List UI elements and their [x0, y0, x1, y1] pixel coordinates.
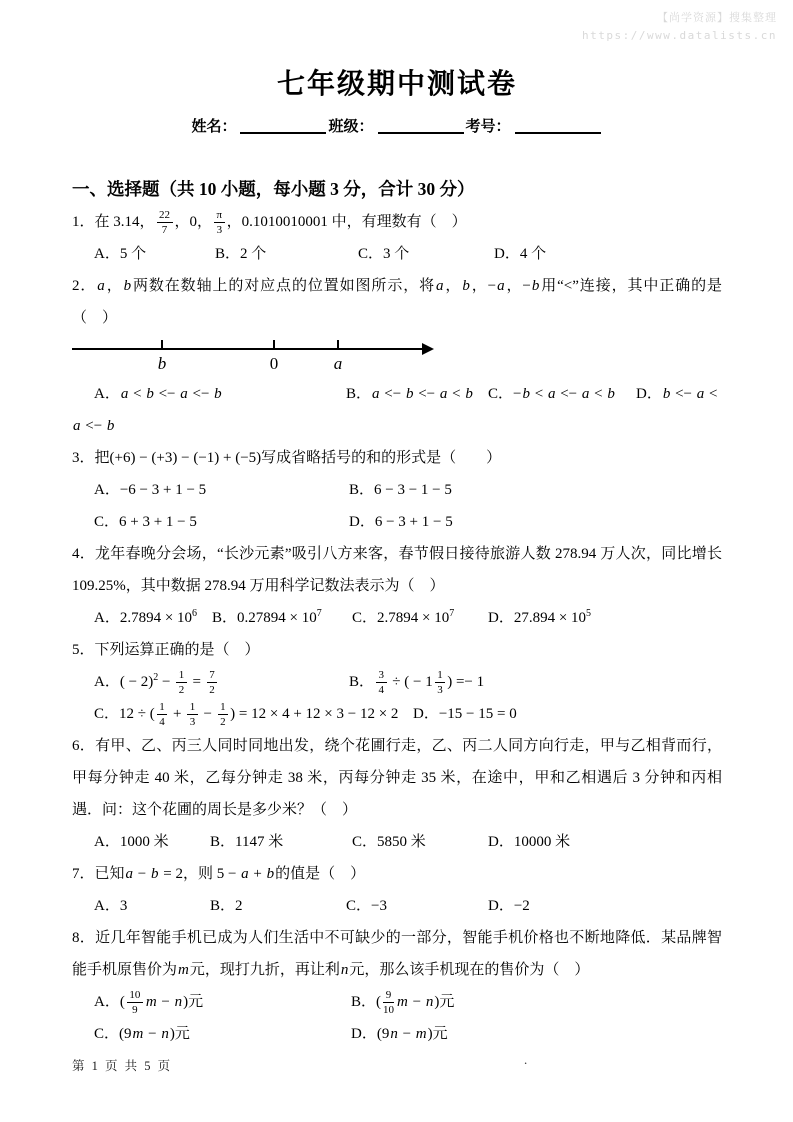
- page-number-footer: 第 1 页 共 5 页: [72, 1056, 172, 1074]
- option-b: B．2: [210, 890, 346, 922]
- question-5: 5．下列运算正确的是（ ） A．( − 2)2 − 12 = 72 B．34 ÷…: [72, 634, 722, 730]
- number-line-axis: [72, 348, 424, 350]
- question-2-option-d-continuation: a <− b: [72, 410, 722, 442]
- option-c: C．(9m − n)元: [94, 1018, 351, 1050]
- option-a: A．(109m − n)元: [94, 986, 351, 1018]
- option-b: B．1147 米: [210, 826, 352, 858]
- question-3-options-row-2: C．6 + 3 + 1 − 5 D．6 − 3 + 1 − 5: [72, 506, 722, 538]
- question-1-options: A．5 个 B．2 个 C．3 个 D．4 个: [72, 238, 722, 270]
- option-c: C．2.7894 × 107: [352, 602, 488, 634]
- question-6: 6．有甲、乙、丙三人同时同地出发，绕个花圃行走，乙、丙二人同方向行走，甲与乙相背…: [72, 730, 722, 858]
- question-4-options: A．2.7894 × 106 B．0.27894 × 107 C．2.7894 …: [72, 602, 722, 634]
- question-7-options: A．3 B．2 C．−3 D．−2: [72, 890, 722, 922]
- option-b: B．a <− b <− a < b: [346, 378, 488, 410]
- option-a: A．( − 2)2 − 12 = 72: [94, 666, 349, 698]
- question-8-stem: 8．近几年智能手机已成为人们生活中不可缺少的一部分，智能手机价格也不断地降低．某…: [72, 922, 722, 986]
- question-1-stem: 1．在 3.14，227，0，π3，0.1010010001 中，有理数有（ ）: [72, 206, 722, 238]
- name-label: 姓名：: [191, 115, 236, 136]
- option-b: B．6 − 3 − 1 − 5: [349, 474, 722, 506]
- question-8-options-row-2: C．(9m − n)元 D．(9n − m)元: [72, 1018, 722, 1050]
- question-4-stem: 4．龙年春晚分会场，“长沙元素”吸引八方来客，春节假日接待旅游人数 278.94…: [72, 538, 722, 602]
- class-label: 班级：: [328, 115, 373, 136]
- option-b: B．34 ÷ ( − 113) =− 1: [349, 666, 722, 698]
- option-b: B．(910m − n)元: [351, 986, 722, 1018]
- exam-number-label: 考号：: [466, 115, 511, 136]
- option-a: A．1000 米: [94, 826, 210, 858]
- question-6-options: A．1000 米 B．1147 米 C．5850 米 D．10000 米: [72, 826, 722, 858]
- tick-b: [161, 340, 163, 349]
- question-8-options-row-1: A．(109m − n)元 B．(910m − n)元: [72, 986, 722, 1018]
- question-3-stem: 3．把(+6) − (+3) − (−1) + (−5)写成省略括号的和的形式是…: [72, 442, 722, 474]
- question-6-stem: 6．有甲、乙、丙三人同时同地出发，绕个花圃行走，乙、丙二人同方向行走，甲与乙相背…: [72, 730, 722, 826]
- question-7-stem: 7．已知a − b = 2，则 5 − a + b的值是（ ）: [72, 858, 722, 890]
- section-heading: 一、选择题（共 10 小题，每小题 3 分，合计 30 分）: [72, 176, 722, 202]
- tick-0: [273, 340, 275, 349]
- number-line-figure: b 0 a: [72, 336, 722, 378]
- option-a: A．3: [94, 890, 210, 922]
- question-5-options-row-2: C．12 ÷ (14 + 13 − 12) = 12 × 4 + 12 × 3 …: [72, 698, 722, 730]
- option-d: D．−15 − 15 = 0: [413, 698, 722, 730]
- watermark: 【尚学资源】搜集整理 https://www.datalists.cn: [582, 10, 777, 44]
- option-d: D．6 − 3 + 1 − 5: [349, 506, 722, 538]
- question-2-stem: 2．a，b两数在数轴上的对应点的位置如图所示，将a，b，−a，−b用“<”连接，…: [72, 270, 722, 334]
- watermark-url-text: https://www.datalists.cn: [582, 27, 777, 44]
- option-d: D．b <− a <: [636, 378, 722, 410]
- option-c: C．−b < a <− a < b: [488, 378, 636, 410]
- option-d: D．4 个: [494, 238, 722, 270]
- question-3-options-row-1: A．−6 − 3 + 1 − 5 B．6 − 3 − 1 − 5: [72, 474, 722, 506]
- option-c: C．12 ÷ (14 + 13 − 12) = 12 × 4 + 12 × 3 …: [94, 698, 413, 730]
- option-c: C．−3: [346, 890, 488, 922]
- tick-a: [337, 340, 339, 349]
- option-b: B．2 个: [215, 238, 358, 270]
- watermark-source-text: 【尚学资源】搜集整理: [582, 10, 777, 27]
- question-5-stem: 5．下列运算正确的是（ ）: [72, 634, 722, 666]
- class-blank-line: [378, 116, 464, 134]
- question-7: 7．已知a − b = 2，则 5 − a + b的值是（ ） A．3 B．2 …: [72, 858, 722, 922]
- option-d: D．27.894 × 105: [488, 602, 722, 634]
- option-c: C．6 + 3 + 1 − 5: [94, 506, 349, 538]
- option-c: C．3 个: [358, 238, 494, 270]
- question-2: 2．a，b两数在数轴上的对应点的位置如图所示，将a，b，−a，−b用“<”连接，…: [72, 270, 722, 442]
- exam-number-blank-line: [515, 116, 601, 134]
- option-b: B．0.27894 × 107: [212, 602, 352, 634]
- stray-period: .: [524, 1052, 527, 1068]
- option-d: D．−2: [488, 890, 722, 922]
- number-line-arrow-icon: [422, 343, 434, 355]
- option-a: A．a < b <− a <− b: [94, 378, 346, 410]
- question-2-options: A．a < b <− a <− b B．a <− b <− a < b C．−b…: [72, 378, 722, 410]
- option-d: D．(9n − m)元: [351, 1018, 722, 1050]
- page-title: 七年级期中测试卷: [72, 64, 722, 106]
- option-a: A．5 个: [94, 238, 215, 270]
- number-line-label-0: 0: [270, 351, 279, 377]
- name-blank-line: [240, 116, 326, 134]
- student-info-row: 姓名： 班级： 考号：: [72, 106, 722, 136]
- number-line-label-b: b: [157, 351, 168, 377]
- question-1: 1．在 3.14，227，0，π3，0.1010010001 中，有理数有（ ）…: [72, 206, 722, 270]
- option-a: A．−6 − 3 + 1 − 5: [94, 474, 349, 506]
- question-3: 3．把(+6) − (+3) − (−1) + (−5)写成省略括号的和的形式是…: [72, 442, 722, 538]
- option-c: C．5850 米: [352, 826, 488, 858]
- question-4: 4．龙年春晚分会场，“长沙元素”吸引八方来客，春节假日接待旅游人数 278.94…: [72, 538, 722, 634]
- exam-paper-page: 【尚学资源】搜集整理 https://www.datalists.cn 七年级期…: [0, 0, 793, 1122]
- number-line-label-a: a: [333, 351, 344, 377]
- option-d: D．10000 米: [488, 826, 722, 858]
- option-a: A．2.7894 × 106: [94, 602, 212, 634]
- page-content: 七年级期中测试卷 姓名： 班级： 考号： 一、选择题（共 10 小题，每小题 3…: [72, 64, 722, 1050]
- question-5-options-row-1: A．( − 2)2 − 12 = 72 B．34 ÷ ( − 113) =− 1: [72, 666, 722, 698]
- question-8: 8．近几年智能手机已成为人们生活中不可缺少的一部分，智能手机价格也不断地降低．某…: [72, 922, 722, 1050]
